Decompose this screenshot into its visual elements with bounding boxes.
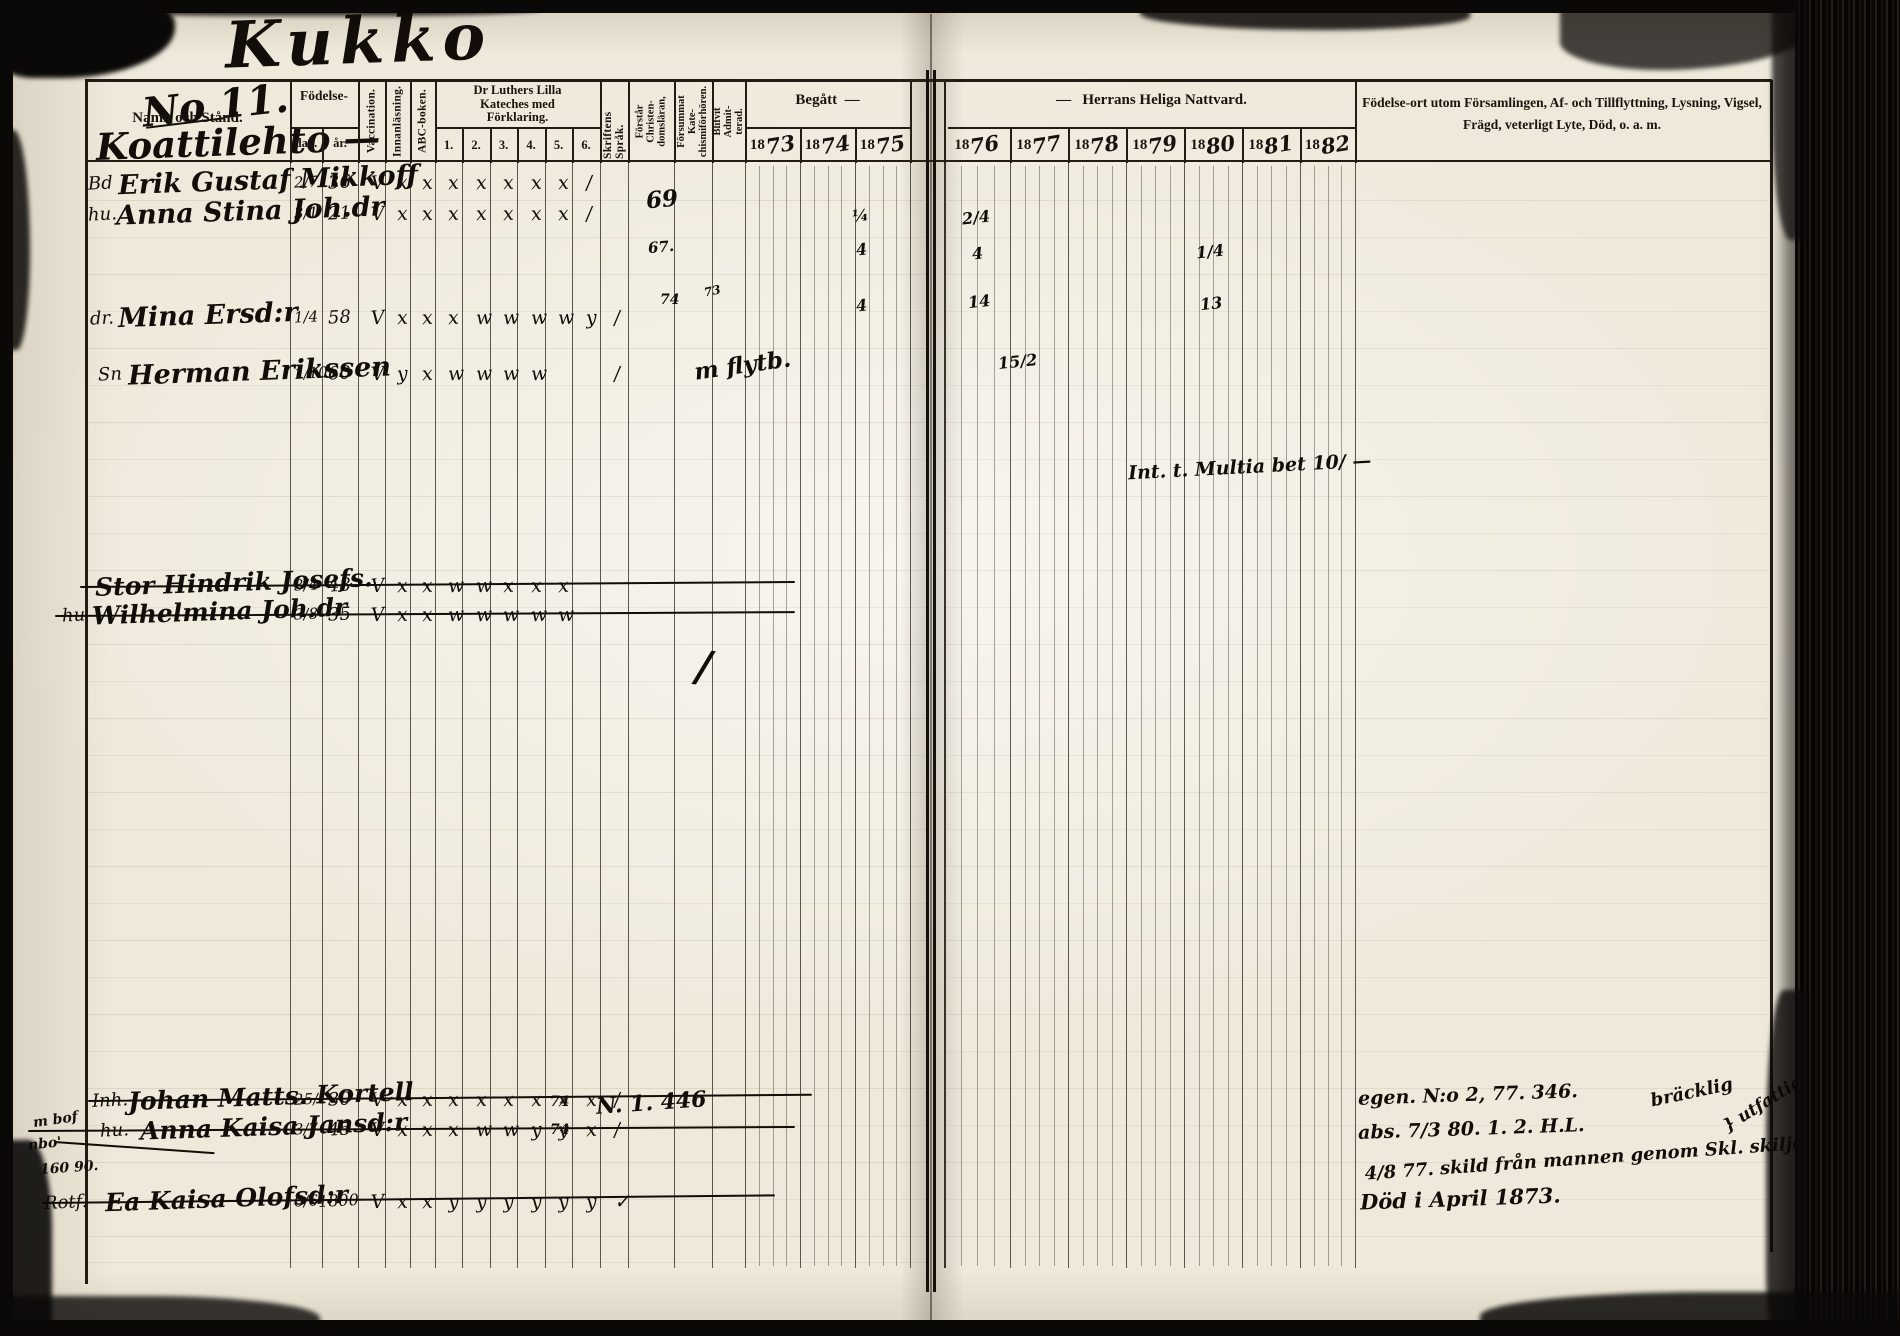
communion-date-mark: 14 bbox=[967, 291, 991, 312]
communion-date-mark: 2/4 bbox=[961, 207, 991, 229]
cell-note: / bbox=[694, 642, 713, 692]
scan-streak-right2 bbox=[1772, 0, 1806, 240]
communion-date-mark: 15/2 bbox=[997, 350, 1038, 373]
remarks-note: abs. 7/3 80. 1. 2. H.L. bbox=[1358, 1114, 1585, 1144]
communion-date-mark: 4 bbox=[971, 243, 984, 263]
scan-edge-right bbox=[1795, 0, 1900, 1336]
scanned-parish-register-page: 214 Kukko No 11. Namn och Stånd. Koattil… bbox=[0, 0, 1900, 1336]
cell-note: 73 bbox=[703, 282, 722, 299]
communion-date-mark: ¼ bbox=[851, 205, 870, 226]
remarks-note: Död i April 1873. bbox=[1360, 1183, 1561, 1215]
cell-note: 69 bbox=[645, 185, 679, 215]
remarks-note: egen. N:o 2, 77. 346. bbox=[1358, 1080, 1579, 1110]
cell-note: 74 bbox=[550, 1094, 569, 1110]
cell-note: m flytb. bbox=[693, 345, 793, 385]
cell-note: 74 bbox=[660, 292, 679, 308]
remarks-note: bräcklig bbox=[1649, 1074, 1735, 1112]
remarks-note: Int. t. Multia bet 10/ — bbox=[1128, 450, 1372, 485]
cell-note: N. 1. 446 bbox=[595, 1086, 707, 1120]
margin-note: m bof bbox=[32, 1109, 79, 1131]
fold-line-faint bbox=[930, 14, 932, 1324]
communion-date-mark: 4 bbox=[855, 239, 868, 259]
cell-note: 74 bbox=[550, 1122, 569, 1138]
communion-date-mark: 4 bbox=[855, 295, 868, 315]
communion-date-mark: 1/4 bbox=[1195, 241, 1225, 263]
cell-note: 67. bbox=[647, 237, 675, 257]
fold-line-inner bbox=[933, 70, 936, 1292]
communion-date-mark: 13 bbox=[1199, 293, 1223, 314]
scan-streak-right bbox=[1766, 990, 1806, 1336]
fold-line-outer bbox=[926, 70, 929, 1292]
scan-blot-top-left2 bbox=[120, 0, 540, 16]
margin-note: 160 90. bbox=[40, 1158, 99, 1178]
page-fold-shadow bbox=[900, 0, 964, 1336]
scan-blot-bottom-right bbox=[1480, 1292, 1900, 1336]
scan-blot-bottom-left bbox=[0, 1296, 320, 1336]
